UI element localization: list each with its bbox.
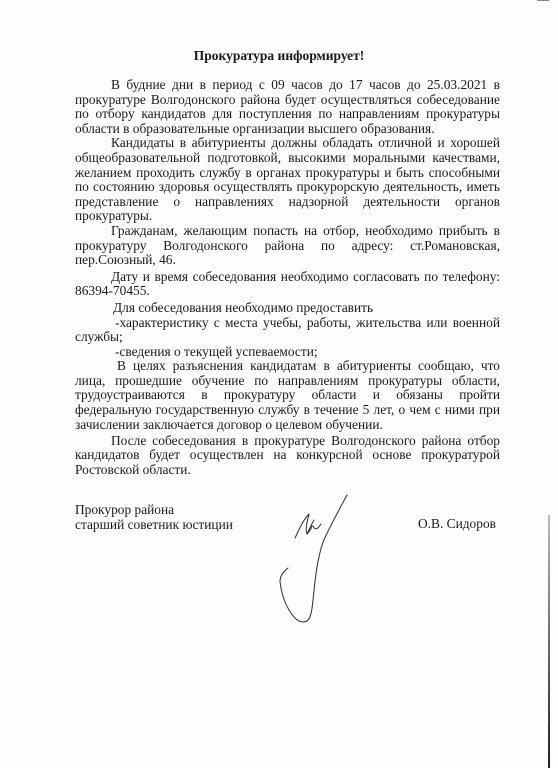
document-page: Прокуратура информирует! В будние дни в … xyxy=(0,0,558,768)
paragraph-documents-intro: Для собеседования необходимо предоставит… xyxy=(75,301,500,316)
scan-edge-line xyxy=(548,515,550,768)
paragraph-clarification: В целях разъяснения кандидатам в абитури… xyxy=(75,359,500,432)
signatory-name: О.В. Сидоров xyxy=(418,517,496,532)
paragraph-address: Гражданам, желающим попасть на отбор, не… xyxy=(75,224,500,268)
signatory-position: Прокурор района старший советник юстиции xyxy=(75,503,233,532)
position-line-1: Прокурор района xyxy=(75,503,233,518)
paragraph-selection: После собеседования в прокуратуре Волгод… xyxy=(75,434,500,478)
position-line-2: старший советник юстиции xyxy=(75,518,233,533)
document-title: Прокуратура информирует! xyxy=(0,48,558,64)
paragraph-candidate-requirements: Кандидаты в абитуриенты должны обладать … xyxy=(75,136,500,224)
handwritten-signature-icon xyxy=(255,490,365,625)
document-body: В будние дни в период с 09 часов до 17 ч… xyxy=(75,78,500,478)
paragraph-interview-schedule: В будние дни в период с 09 часов до 17 ч… xyxy=(75,78,500,136)
list-item-characteristic: -характеристику с места учебы, работы, ж… xyxy=(75,316,500,345)
list-item-grades: -сведения о текущей успеваемости; xyxy=(75,345,500,360)
paragraph-phone: Дату и время собеседования необходимо со… xyxy=(75,270,500,299)
scan-edge-mark xyxy=(537,0,549,1)
